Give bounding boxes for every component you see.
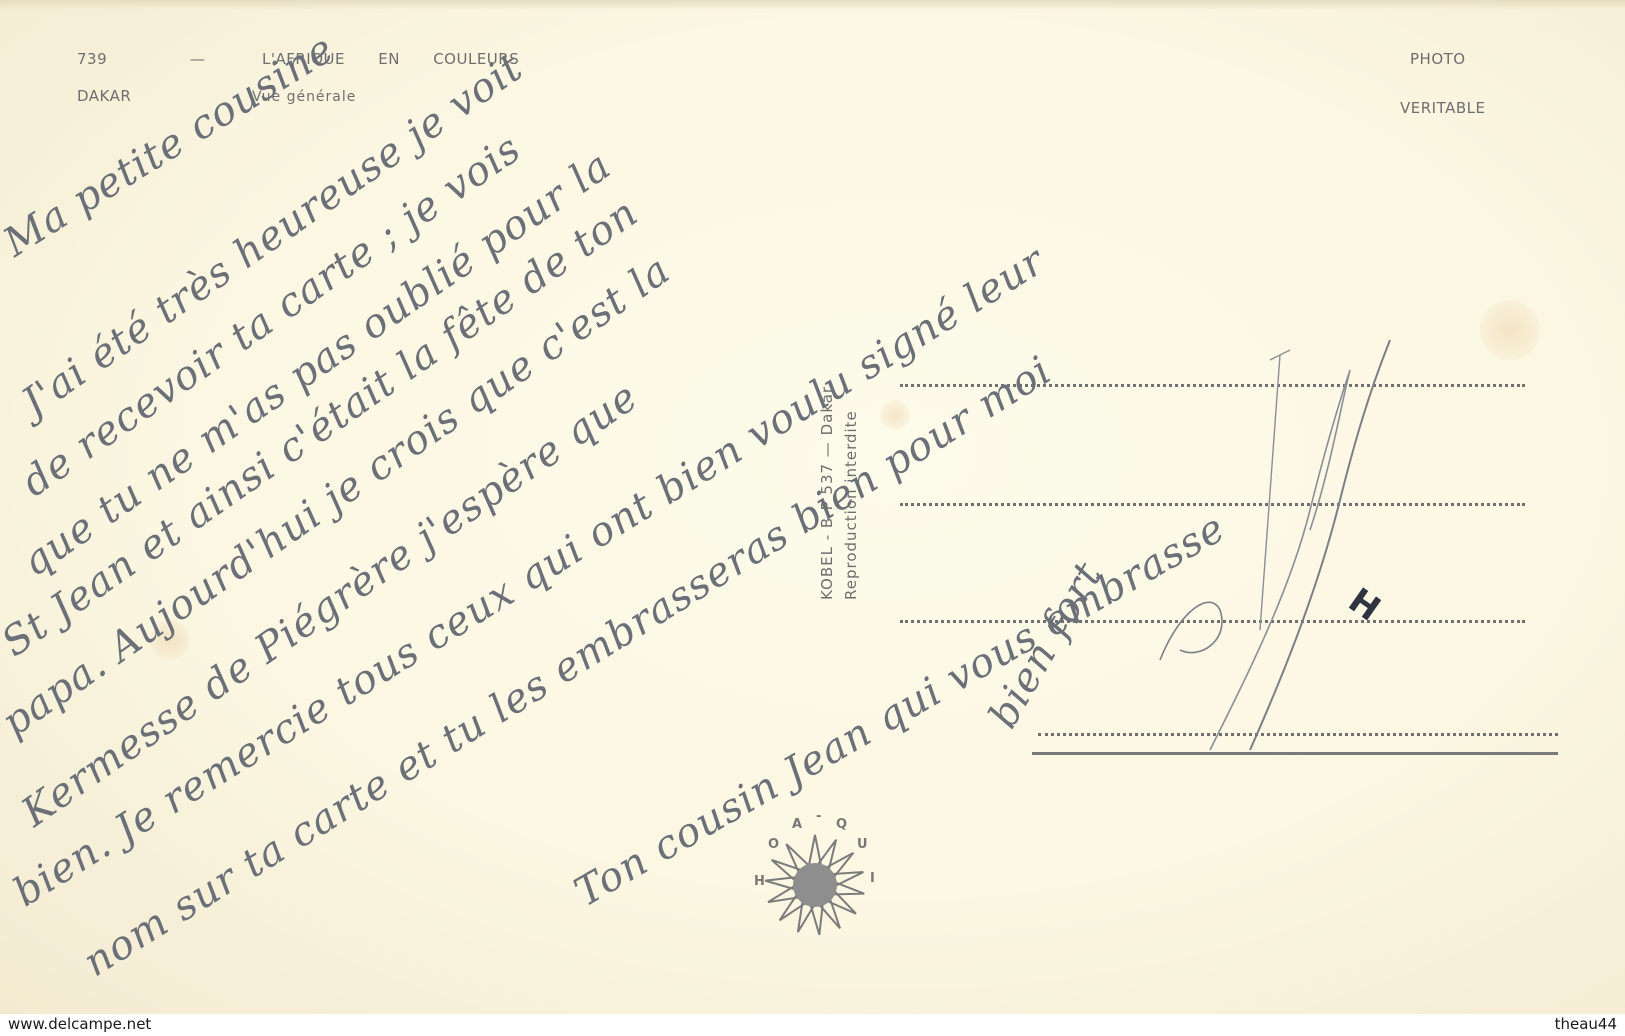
veritable-label: VERITABLE <box>1400 99 1485 117</box>
card-number: 739 <box>77 50 107 68</box>
photo-label: PHOTO <box>1410 50 1466 68</box>
watermark-source: www.delcampe.net <box>8 1015 151 1033</box>
watermark-seller: theau44 <box>1555 1015 1617 1033</box>
paper-stain <box>1480 300 1540 360</box>
header-dash: — <box>190 50 206 68</box>
signature-icon <box>1140 330 1400 770</box>
postcard-verso: 739 — L'AFRIQUE EN COULEURS DAKAR Vue gé… <box>0 0 1625 1014</box>
svg-text:Q: Q <box>836 817 847 832</box>
svg-text:-: - <box>816 809 821 824</box>
svg-text:A: A <box>792 817 802 832</box>
svg-text:H: H <box>754 874 765 889</box>
paper-stain <box>880 400 910 430</box>
svg-text:I: I <box>870 871 875 886</box>
handwriting-line: Ton cousin Jean qui vous embrasse <box>567 505 1233 916</box>
place-name: DAKAR <box>77 87 131 105</box>
svg-text:O: O <box>768 837 779 852</box>
svg-text:U: U <box>857 837 868 852</box>
